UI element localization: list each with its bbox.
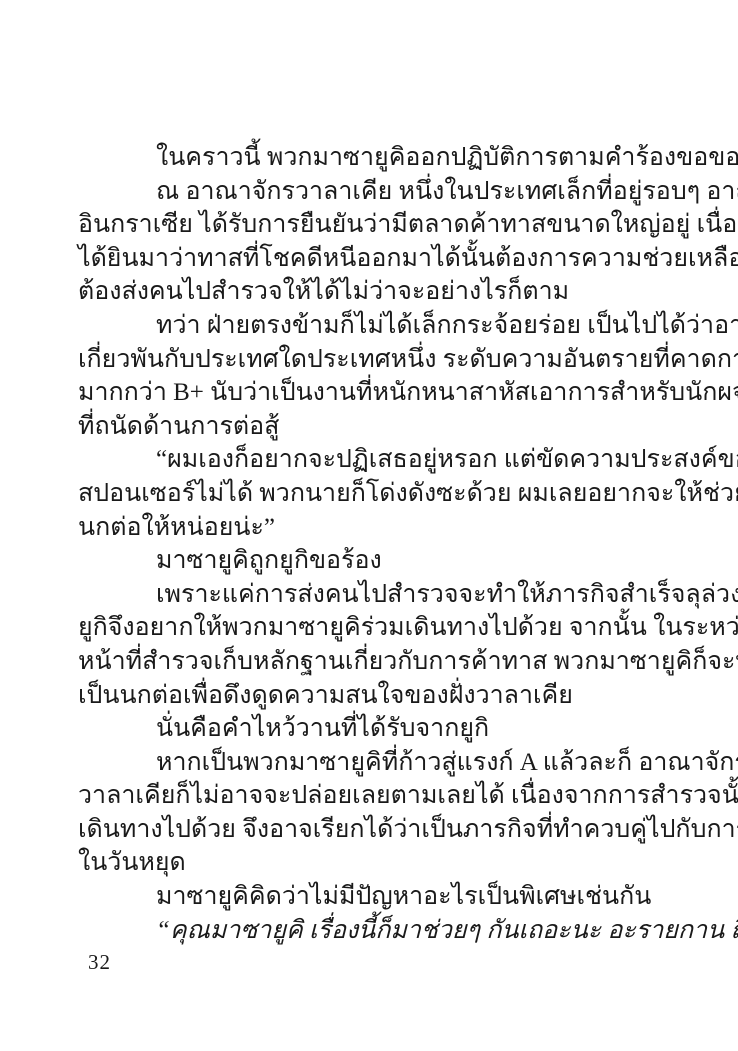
text-line: เดินทางไปด้วย จึงอาจเรียกได้ว่าเป็นภารกิ… xyxy=(78,813,658,847)
text-line: ยูกิจึงอยากให้พวกมาซายูคิร่วมเดินทางไปด้… xyxy=(78,611,658,645)
text-line: มาซายูคิถูกยูกิขอร้อง xyxy=(78,544,658,578)
text-line: “ผมเองก็อยากจะปฏิเสธอยู่หรอก แต่ขัดความป… xyxy=(78,443,658,477)
text-line: ในคราวนี้ พวกมาซายูคิออกปฏิบัติการตามคำร… xyxy=(78,141,658,175)
text-line: มาซายูคิคิดว่าไม่มีปัญหาอะไรเป็นพิเศษเช่… xyxy=(78,880,658,914)
page-number: 32 xyxy=(88,950,111,975)
text-line: สปอนเซอร์ไม่ได้ พวกนายก็โด่งดังซะด้วย ผม… xyxy=(78,477,658,511)
page-text-block: ในคราวนี้ พวกมาซายูคิออกปฏิบัติการตามคำร… xyxy=(78,141,658,947)
text-line: ทว่า ฝ่ายตรงข้ามก็ไม่ได้เล็กกระจ้อยร่อย … xyxy=(78,309,658,343)
text-line: เพราะแค่การส่งคนไปสำรวจจะทำให้ภารกิจสำเร… xyxy=(78,578,658,612)
text-line: ได้ยินมาว่าทาสที่โชคดีหนีออกมาได้นั้นต้อ… xyxy=(78,242,658,276)
text-line: หน้าที่สำรวจเก็บหลักฐานเกี่ยวกับการค้าทา… xyxy=(78,645,658,679)
text-line: เกี่ยวพันกับประเทศใดประเทศหนึ่ง ระดับควา… xyxy=(78,343,658,377)
text-line: ณ อาณาจักรวาลาเคีย หนึ่งในประเทศเล็กที่อ… xyxy=(78,175,658,209)
text-line: มากกว่า B+ นับว่าเป็นงานที่หนักหนาสาหัสเ… xyxy=(78,376,658,410)
text-line: นกต่อให้หน่อยน่ะ” xyxy=(78,511,658,545)
text-line-dialogue-italic: “คุณมาซายูคิ เรื่องนี้ก็มาช่วยๆ กันเถอะน… xyxy=(78,914,658,948)
text-line: ต้องส่งคนไปสำรวจให้ได้ไม่ว่าจะอย่างไรก็ต… xyxy=(78,275,658,309)
text-line: อินกราเซีย ได้รับการยืนยันว่ามีตลาดค้าทา… xyxy=(78,208,658,242)
text-line: หากเป็นพวกมาซายูคิที่ก้าวสู่แรงก์ A แล้ว… xyxy=(78,746,658,780)
text-line: เป็นนกต่อเพื่อดึงดูดความสนใจของฝั่งวาลาเ… xyxy=(78,679,658,713)
text-line: วาลาเคียก็ไม่อาจจะปล่อยเลยตามเลยได้ เนื่… xyxy=(78,779,658,813)
text-line: นั่นคือคำไหว้วานที่ได้รับจากยูกิ xyxy=(78,712,658,746)
text-line: ในวันหยุด xyxy=(78,846,658,880)
text-line: ที่ถนัดด้านการต่อสู้ xyxy=(78,410,658,444)
book-page: ในคราวนี้ พวกมาซายูคิออกปฏิบัติการตามคำร… xyxy=(0,0,738,1051)
